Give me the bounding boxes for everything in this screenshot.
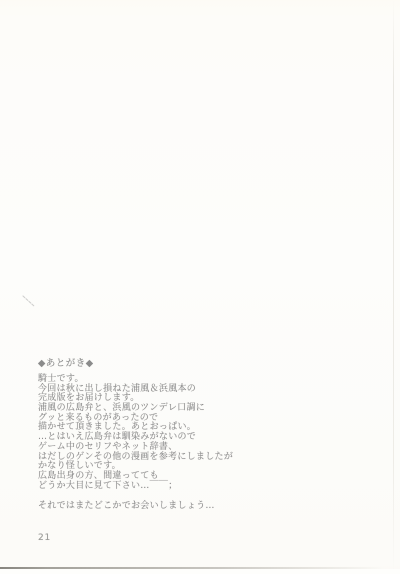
page-number: 21 xyxy=(38,533,51,543)
scanned-page: ◆あとがき◆ 騎士です。 今回は秋に出し損ねた浦風＆浜風本の 完成版をお届けしま… xyxy=(0,0,400,574)
afterword-closing-line: それではまたどこかでお会いしましょう… xyxy=(38,501,215,511)
scratch-mark xyxy=(21,293,39,311)
afterword-body-text: 騎士です。 今回は秋に出し損ねた浦風＆浜風本の 完成版をお届けします。 浦風の広… xyxy=(38,375,233,491)
page-right-edge xyxy=(393,0,394,574)
afterword-line: どうか大目に見て下さい…￣￣； xyxy=(38,482,233,492)
afterword-heading: ◆あとがき◆ xyxy=(38,358,94,369)
page-below-edge xyxy=(0,569,400,574)
